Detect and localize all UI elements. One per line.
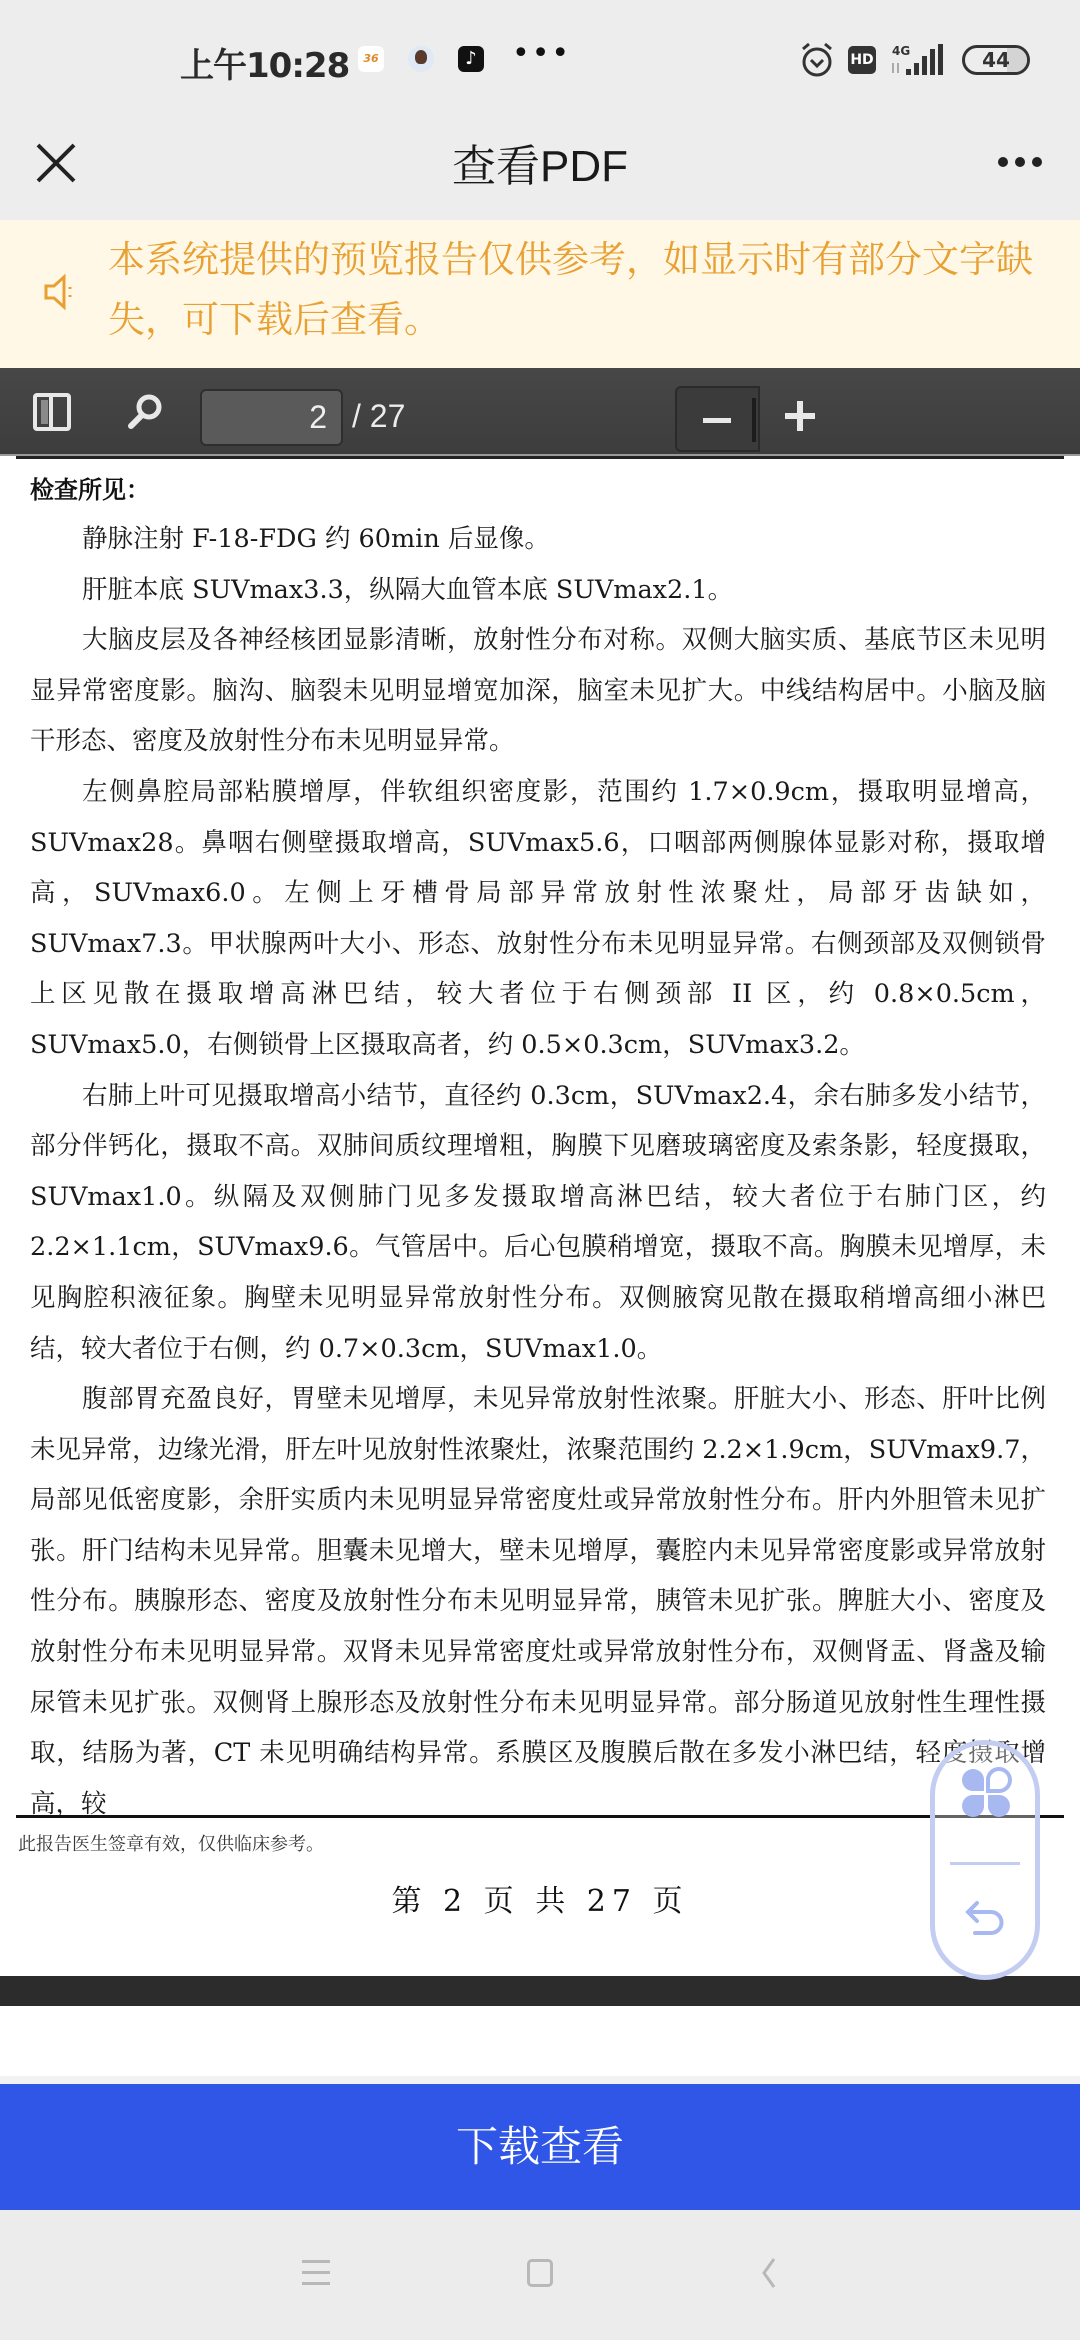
page-number-input[interactable]: 2 bbox=[200, 389, 343, 446]
alarm-icon bbox=[800, 42, 834, 78]
title-bar: 查看PDF bbox=[0, 112, 1080, 218]
paragraph: 左侧鼻腔局部粘膜增厚，伴软组织密度影，范围约 1.7×0.9cm，摄取明显增高，… bbox=[30, 767, 1046, 1071]
floating-assistant[interactable] bbox=[930, 1740, 1040, 1980]
paragraph: 腹部胃充盈良好，胃壁未见增厚，未见异常放射性浓聚。肝脏大小、形态、肝叶比例未见异… bbox=[30, 1374, 1046, 1829]
recent-apps-button[interactable] bbox=[302, 2260, 330, 2286]
paragraph: 静脉注射 F-18-FDG 约 60min 后显像。 bbox=[30, 514, 1046, 565]
speaker-icon bbox=[42, 272, 82, 312]
avatar-notification-icon bbox=[408, 46, 434, 72]
back-icon bbox=[756, 2256, 780, 2290]
pdf-viewer-bottom bbox=[0, 1976, 1080, 2006]
download-button[interactable]: 下载查看 bbox=[0, 2084, 1080, 2210]
home-button[interactable] bbox=[527, 2259, 553, 2287]
more-notifications-icon: ••• bbox=[512, 36, 571, 71]
section-heading: 检查所见： bbox=[30, 470, 150, 505]
status-indicators: HD 4G 44 bbox=[800, 40, 1030, 80]
spacer bbox=[0, 2006, 1080, 2082]
battery-level: 44 bbox=[982, 48, 1010, 72]
paragraph: 肝脏本底 SUVmax3.3，纵隔大血管本底 SUVmax2.1。 bbox=[30, 565, 1046, 616]
pdf-toolbar: 2 / 27 bbox=[0, 368, 1080, 456]
page-title: 查看PDF bbox=[0, 130, 1080, 194]
signal-4g-icon: 4G bbox=[890, 43, 948, 77]
paragraph: 大脑皮层及各神经核团显影清晰，放射性分布对称。双侧大脑实质、基底节区未见明显异常… bbox=[30, 615, 1046, 767]
pdf-page[interactable]: 检查所见： 静脉注射 F-18-FDG 约 60min 后显像。 肝脏本底 SU… bbox=[0, 456, 1080, 1976]
hd-icon: HD bbox=[848, 46, 876, 74]
notice-text: 本系统提供的预览报告仅供参考，如显示时有部分文字缺失，可下载后查看。 bbox=[108, 230, 1048, 350]
zoom-in-button[interactable] bbox=[785, 401, 815, 431]
tiktok-notification-icon: ♪ bbox=[458, 46, 484, 72]
paragraph: 右肺上叶可见摄取增高小结节，直径约 0.3cm，SUVmax2.4，余右肺多发小… bbox=[30, 1071, 1046, 1375]
system-nav-bar bbox=[0, 2210, 1080, 2340]
svg-text:4G: 4G bbox=[892, 44, 910, 58]
status-time: 上午10:28 bbox=[180, 38, 349, 87]
clover-menu-icon[interactable] bbox=[960, 1767, 1012, 1819]
more-options-button[interactable] bbox=[990, 140, 1050, 184]
battery-icon: 44 bbox=[962, 45, 1030, 75]
undo-back-icon[interactable] bbox=[963, 1895, 1009, 1941]
sidebar-toggle-icon[interactable] bbox=[33, 393, 71, 431]
app-notification-icon: 36 bbox=[358, 46, 384, 72]
notice-banner: 本系统提供的预览报告仅供参考，如显示时有部分文字缺失，可下载后查看。 bbox=[0, 220, 1080, 368]
page-total: / 27 bbox=[352, 390, 405, 442]
zoom-out-button[interactable] bbox=[675, 386, 760, 452]
divider bbox=[16, 1815, 1064, 1818]
search-icon[interactable] bbox=[125, 392, 165, 432]
footnote: 此报告医生签章有效，仅供临床参考。 bbox=[18, 1830, 324, 1856]
status-bar: 上午10:28 36 ♪ ••• HD 4G 44 bbox=[0, 0, 1080, 112]
report-body: 静脉注射 F-18-FDG 约 60min 后显像。 肝脏本底 SUVmax3.… bbox=[30, 514, 1046, 1829]
divider bbox=[16, 456, 1064, 459]
page-number-footer: 第 2 页 共 27 页 bbox=[0, 1876, 1080, 1920]
back-button[interactable] bbox=[756, 2256, 780, 2290]
divider bbox=[950, 1862, 1020, 1865]
